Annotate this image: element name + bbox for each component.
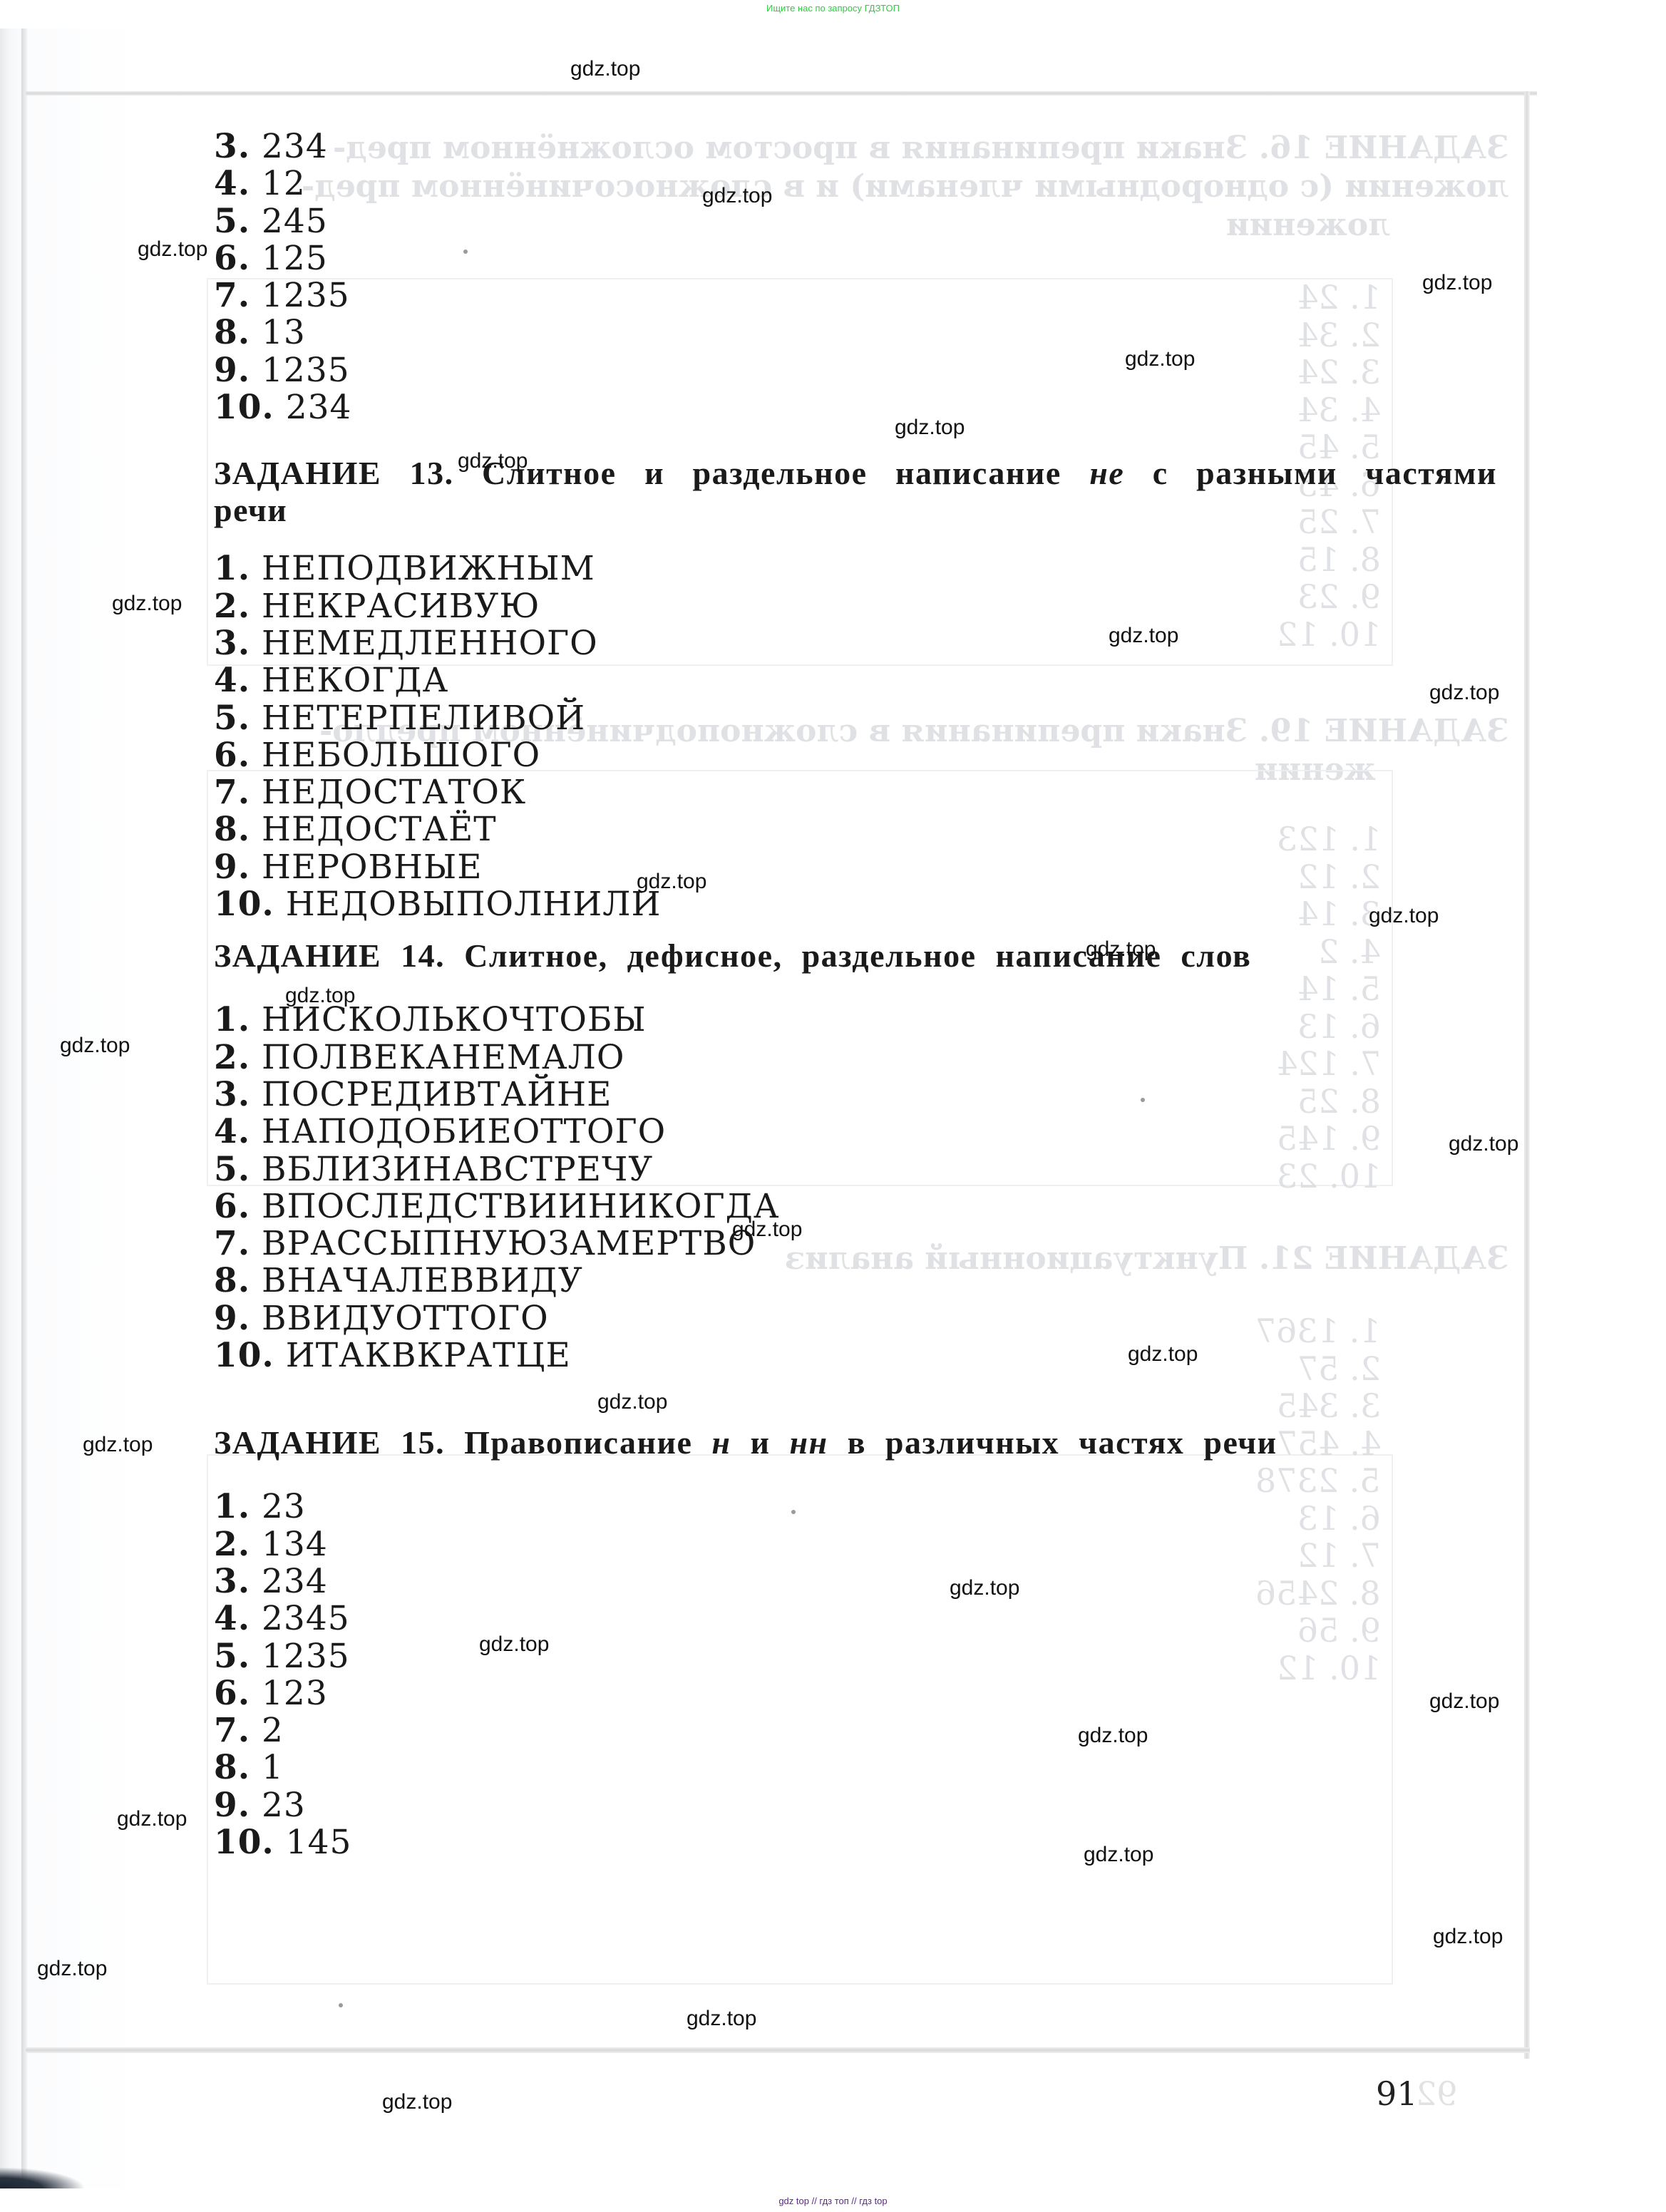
answer-number: 7. (214, 276, 250, 315)
task-section-13: ЗАДАНИЕ 13. Слитное и раздельное написан… (214, 455, 1497, 923)
answer-item: 6. ВПОСЛЕДСТВИИНИКОГДА (214, 1188, 1497, 1225)
answer-value: 23 (262, 1487, 306, 1526)
watermark-gdz: gdz.top (1109, 624, 1178, 648)
answer-number: 3. (214, 127, 250, 166)
answers-list: 1. НИСКОЛЬКОЧТОБЫ2. ПОЛВЕКАНЕМАЛО3. ПОСР… (214, 1002, 1497, 1374)
watermark-gdz: gdz.top (117, 1807, 187, 1831)
answer-item: 7. 2 (214, 1712, 1497, 1749)
answer-number: 1. (214, 549, 250, 588)
answer-item: 4. НЕКОГДА (214, 662, 1497, 699)
answer-number: 2. (214, 1525, 250, 1564)
answer-value: НЕКРАСИВУЮ (262, 587, 540, 626)
answer-value: 2345 (262, 1599, 350, 1638)
watermark-gdz: gdz.top (1128, 1342, 1198, 1367)
answer-item: 8. 13 (214, 314, 1497, 351)
answer-number: 6. (214, 736, 250, 775)
watermark-gdz: gdz.top (1078, 1724, 1148, 1748)
answer-number: 8. (214, 1261, 250, 1300)
answer-number: 10. (214, 388, 274, 427)
heading-italic-term: н (711, 1424, 731, 1461)
watermark-gdz: gdz.top (479, 1632, 549, 1657)
heading-italic-term: не (1089, 455, 1124, 491)
answer-value: ВВИДУОТТОГО (262, 1299, 549, 1338)
answer-number: 4. (214, 1112, 250, 1151)
continuation-list: 3. 2344. 125. 2456. 1257. 12358. 139. 12… (214, 128, 1497, 426)
answer-number: 10. (214, 1336, 274, 1375)
watermark-gdz: gdz.top (597, 1390, 667, 1414)
answer-number: 7. (214, 1711, 250, 1750)
task-section-14: ЗАДАНИЕ 14. Слитное, дефисное, раздельно… (214, 937, 1497, 1374)
page-frame-bottom (26, 2047, 1530, 2053)
answer-item: 4. 2345 (214, 1600, 1497, 1637)
search-banner: Ищите нас по запросу ГДЗТОП (0, 3, 1666, 14)
answer-item: 1. НИСКОЛЬКОЧТОБЫ (214, 1002, 1497, 1039)
answer-item: 2. ПОЛВЕКАНЕМАЛО (214, 1039, 1497, 1076)
answer-item: 4. 12 (214, 165, 1497, 202)
watermark-gdz: gdz.top (382, 2090, 452, 2114)
footer-banner: gdz top // гдз топ // гдз top (0, 2196, 1666, 2206)
answer-item: 8. ВНАЧАЛЕВВИДУ (214, 1262, 1497, 1300)
answer-item: 1. 23 (214, 1488, 1497, 1526)
answer-value: ВПОСЛЕДСТВИИНИКОГДА (262, 1187, 779, 1226)
answer-value: 234 (262, 127, 328, 166)
answer-item: 2. НЕКРАСИВУЮ (214, 588, 1497, 625)
watermark-gdz: gdz.top (895, 416, 965, 440)
answer-item: 10. 145 (214, 1824, 1497, 1861)
answer-value: НЕКОГДА (262, 661, 448, 700)
answer-number: 8. (214, 1748, 250, 1787)
watermark-gdz: gdz.top (458, 449, 528, 473)
heading-text: ЗАДАНИЕ 13. Слитное и раздельное написан… (214, 455, 1089, 491)
watermark-gdz: gdz.top (1084, 1843, 1153, 1867)
answers-list: 1. НЕПОДВИЖНЫМ2. НЕКРАСИВУЮ3. НЕМЕДЛЕННО… (214, 550, 1497, 923)
answer-item: 3. ПОСРЕДИВТАЙНЕ (214, 1076, 1497, 1113)
answer-item: 5. ВБЛИЗИНАВСТРЕЧУ (214, 1151, 1497, 1188)
answers-list: 1. 232. 1343. 2344. 23455. 12356. 1237. … (214, 1488, 1497, 1861)
answer-value: 1 (262, 1748, 284, 1787)
page-frame-top (26, 91, 1537, 96)
answer-item: 7. НЕДОСТАТОК (214, 774, 1497, 811)
answer-value: НЕПОДВИЖНЫМ (262, 549, 595, 588)
answer-number: 9. (214, 848, 250, 887)
answer-value: НАПОДОБИЕОТТОГО (262, 1112, 666, 1151)
answer-value: ВБЛИЗИНАВСТРЕЧУ (262, 1150, 653, 1189)
answer-value: НЕРОВНЫЕ (262, 848, 483, 887)
sections-container: ЗАДАНИЕ 13. Слитное и раздельное написан… (214, 455, 1497, 1861)
watermark-gdz: gdz.top (570, 57, 640, 81)
watermark-gdz: gdz.top (1422, 271, 1492, 295)
answer-number: 2. (214, 1038, 250, 1077)
answer-item: 2. 134 (214, 1526, 1497, 1563)
watermark-gdz: gdz.top (702, 184, 772, 208)
watermark-gdz: gdz.top (285, 984, 355, 1008)
task-heading: ЗАДАНИЕ 15. Правописание н и нн в различ… (214, 1424, 1497, 1461)
answer-number: 4. (214, 661, 250, 700)
watermark-gdz: gdz.top (112, 592, 182, 616)
answer-value: 145 (286, 1823, 352, 1862)
answer-item: 6. 125 (214, 240, 1497, 277)
heading-italic-term: нн (789, 1424, 828, 1461)
answer-value: 12 (262, 164, 306, 203)
answer-value: 13 (262, 313, 306, 352)
heading-text: ЗАДАНИЕ 15. Правописание (214, 1424, 711, 1461)
answer-number: 7. (214, 773, 250, 812)
answer-number: 3. (214, 1562, 250, 1601)
dust-speck (339, 2003, 343, 2007)
answer-number: 5. (214, 699, 250, 738)
answer-item: 9. 1235 (214, 352, 1497, 389)
answer-value: НЕДОСТАТОК (262, 773, 526, 812)
answer-number: 7. (214, 1224, 250, 1263)
answer-item: 8. 1 (214, 1749, 1497, 1786)
dust-speck (463, 250, 468, 254)
answer-number: 4. (214, 164, 250, 203)
answer-number: 3. (214, 1075, 250, 1114)
page-frame-right (1524, 91, 1530, 2059)
answer-number: 4. (214, 1599, 250, 1638)
answer-value: 245 (262, 202, 328, 241)
answer-item: 10. НЕДОВЫПОЛНИЛИ (214, 886, 1497, 923)
answer-item: 7. ВРАССЫПНУЮЗАМЕРТВО (214, 1225, 1497, 1262)
watermark-gdz: gdz.top (138, 237, 207, 262)
answer-number: 6. (214, 1187, 250, 1226)
answer-item: 10. ИТАКВКРАТЦЕ (214, 1337, 1497, 1374)
answer-value: ВРАССЫПНУЮЗАМЕРТВО (262, 1224, 756, 1263)
page-number: 91 (1376, 2074, 1418, 2113)
answer-value: 2 (262, 1711, 284, 1750)
answer-item: 8. НЕДОСТАЁТ (214, 811, 1497, 848)
answer-item: 5. 245 (214, 203, 1497, 240)
answer-item: 5. НЕТЕРПЕЛИВОЙ (214, 700, 1497, 737)
answer-value: 1235 (262, 1637, 350, 1676)
watermark-gdz: gdz.top (1125, 347, 1195, 371)
answer-value: 1235 (262, 276, 350, 315)
answer-value: НЕДОВЫПОЛНИЛИ (286, 885, 662, 924)
answer-number: 2. (214, 587, 250, 626)
answer-value: НЕДОСТАЁТ (262, 810, 497, 849)
answer-number: 1. (214, 1000, 250, 1039)
task-section-15: ЗАДАНИЕ 15. Правописание н и нн в различ… (214, 1424, 1497, 1861)
answer-item: 9. 23 (214, 1787, 1497, 1824)
answer-item: 10. 234 (214, 389, 1497, 426)
answer-item: 9. НЕРОВНЫЕ (214, 849, 1497, 886)
answer-number: 6. (214, 239, 250, 278)
answer-value: ВНАЧАЛЕВВИДУ (262, 1261, 583, 1300)
answer-number: 10. (214, 1823, 274, 1862)
answer-number: 3. (214, 624, 250, 663)
watermark-gdz: gdz.top (637, 870, 706, 894)
watermark-gdz: gdz.top (1369, 904, 1439, 928)
watermark-gdz: gdz.top (950, 1576, 1019, 1600)
answer-value: 234 (262, 1562, 328, 1601)
answer-value: 123 (262, 1674, 328, 1713)
watermark-gdz: gdz.top (1086, 937, 1156, 962)
watermark-gdz: gdz.top (37, 1957, 107, 1981)
answer-value: 234 (286, 388, 352, 427)
task-heading: ЗАДАНИЕ 14. Слитное, дефисное, раздельно… (214, 937, 1497, 974)
book-gutter (21, 29, 27, 2188)
watermark-gdz: gdz.top (60, 1034, 130, 1058)
watermark-gdz: gdz.top (1429, 681, 1499, 705)
answer-value: ПОСРЕДИВТАЙНЕ (262, 1075, 612, 1114)
answer-number: 5. (214, 202, 250, 241)
dust-speck (1141, 1098, 1145, 1102)
answer-item: 1. НЕПОДВИЖНЫМ (214, 550, 1497, 587)
dust-speck (791, 1510, 796, 1514)
answer-item: 6. НЕБОЛЬШОГО (214, 737, 1497, 774)
watermark-gdz: gdz.top (1449, 1132, 1518, 1156)
answer-item: 9. ВВИДУОТТОГО (214, 1300, 1497, 1337)
scan-corner-shadow (0, 2167, 86, 2188)
answer-number: 6. (214, 1674, 250, 1713)
watermark-gdz: gdz.top (1429, 1689, 1499, 1714)
watermark-gdz: gdz.top (687, 2007, 756, 2031)
answer-value: 134 (262, 1525, 328, 1564)
answer-number: 5. (214, 1150, 250, 1189)
answers-page: 3. 2344. 125. 2456. 1257. 12358. 139. 12… (214, 128, 1497, 1861)
answer-item: 4. НАПОДОБИЕОТТОГО (214, 1113, 1497, 1151)
answer-value: НЕМЕДЛЕННОГО (262, 624, 598, 663)
answer-value: 125 (262, 239, 328, 278)
answer-item: 3. 234 (214, 128, 1497, 165)
answer-item: 3. 234 (214, 1563, 1497, 1600)
answer-number: 9. (214, 1299, 250, 1338)
answer-number: 5. (214, 1637, 250, 1676)
answer-value: ПОЛВЕКАНЕМАЛО (262, 1038, 624, 1077)
answer-number: 1. (214, 1487, 250, 1526)
answer-value: 1235 (262, 351, 350, 390)
answer-value: НЕТЕРПЕЛИВОЙ (262, 699, 585, 738)
watermark-gdz: gdz.top (1433, 1925, 1503, 1949)
watermark-gdz: gdz.top (83, 1433, 153, 1457)
answer-item: 7. 1235 (214, 277, 1497, 314)
page-number-ghost: 92 (1416, 2074, 1458, 2113)
heading-text: в различных частях речи (828, 1424, 1277, 1461)
answer-number: 8. (214, 810, 250, 849)
answer-item: 5. 1235 (214, 1638, 1497, 1675)
answer-item: 3. НЕМЕДЛЕННОГО (214, 625, 1497, 662)
answer-number: 10. (214, 885, 274, 924)
answer-value: 23 (262, 1786, 306, 1825)
answer-item: 6. 123 (214, 1675, 1497, 1712)
answer-number: 8. (214, 313, 250, 352)
answer-number: 9. (214, 351, 250, 390)
answer-value: ИТАКВКРАТЦЕ (286, 1336, 571, 1375)
answer-value: НЕБОЛЬШОГО (262, 736, 540, 775)
watermark-gdz: gdz.top (732, 1218, 802, 1242)
task-heading: ЗАДАНИЕ 13. Слитное и раздельное написан… (214, 455, 1497, 529)
answer-number: 9. (214, 1786, 250, 1825)
heading-text: и (731, 1424, 789, 1461)
